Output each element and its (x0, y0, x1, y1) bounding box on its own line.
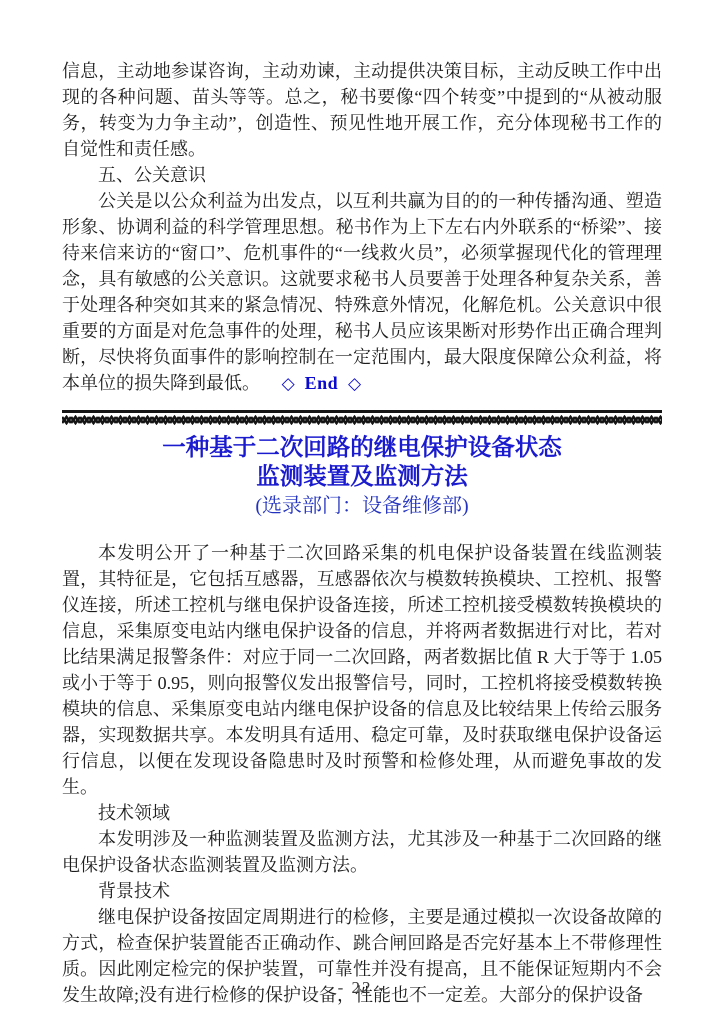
article1-paragraph-text: 公关是以公众利益为出发点，以互利共赢为目的的一种传播沟通、塑造形象、协调利益的科… (62, 191, 662, 393)
article2-subtitle: (选录部门：设备维修部) (62, 494, 662, 519)
article2-tech-field-heading: 技术领域 (62, 800, 662, 826)
article2-abstract: 本发明公开了一种基于二次回路采集的机电保护设备装置在线监测装置，其特征是，它包括… (62, 540, 662, 800)
page-number: - 22 - (0, 978, 724, 998)
end-left-diamond-icon: ◇ (282, 374, 295, 393)
article2-tech-field-text: 本发明涉及一种监测装置及监测方法，尤其涉及一种基于二次回路的继电保护设备状态监测… (62, 826, 662, 878)
article2-title-line1: 一种基于二次回路的继电保护设备状态 (162, 434, 562, 460)
document-page: 信息，主动地参谋咨询，主动劝谏，主动提供决策目标，主动反映工作中出现的各种问题、… (0, 0, 724, 1024)
article2-background-heading: 背景技术 (62, 878, 662, 904)
article1-main-paragraph: 公关是以公众利益为出发点，以互利共赢为目的的一种传播沟通、塑造形象、协调利益的科… (62, 188, 662, 397)
article2-title: 一种基于二次回路的继电保护设备状态监测装置及监测方法 (62, 433, 662, 491)
article1-continuation-paragraph: 信息，主动地参谋咨询，主动劝谏，主动提供决策目标，主动反映工作中出现的各种问题、… (62, 58, 662, 162)
end-right-diamond-icon: ◇ (348, 374, 361, 393)
section-divider (62, 410, 662, 425)
end-marker: ◇End◇ (282, 373, 361, 393)
article1-body: 信息，主动地参谋咨询，主动劝谏，主动提供决策目标，主动反映工作中出现的各种问题、… (62, 58, 662, 397)
article2: 一种基于二次回路的继电保护设备状态监测装置及监测方法 (选录部门：设备维修部) … (62, 433, 662, 1008)
article1-section-heading: 五、公关意识 (62, 162, 662, 188)
end-label: End (305, 373, 339, 393)
divider-top-rule (62, 410, 662, 413)
article2-title-line2: 监测装置及监测方法 (256, 463, 468, 489)
divider-zigzag-pattern (62, 415, 662, 425)
spacer (62, 519, 662, 540)
